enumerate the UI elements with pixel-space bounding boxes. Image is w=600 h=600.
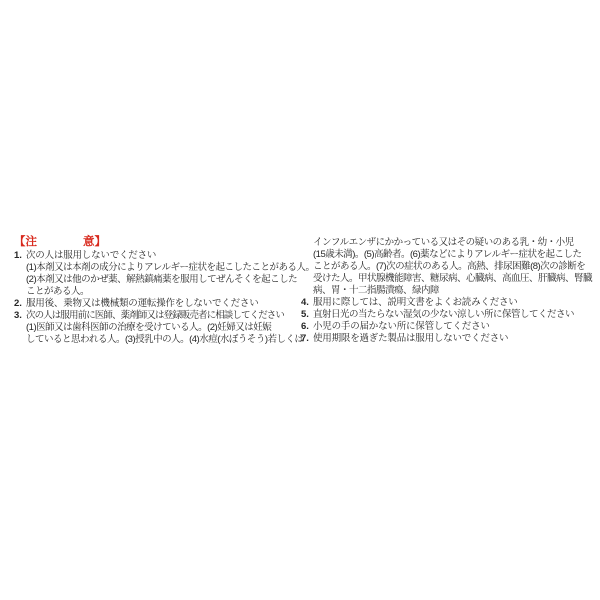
item-2-text: 服用後、乗物又は機械類の運転操作をしないでください [26, 298, 259, 309]
item-6-text: 小児の手の届かない所に保管してください [313, 321, 490, 332]
item-7-number: 7. [301, 333, 313, 345]
caution-heading: 【注 意】 [14, 236, 300, 249]
item-5-number: 5. [301, 309, 313, 321]
item-3-detail-continued: インフルエンザにかかっている又はその疑いのある乳・幼・小児 (15歳未満)。(5… [313, 237, 599, 297]
item-5-text: 直射日光の当たらない湿気の少ない涼しい所に保管してください [313, 309, 574, 320]
caution-item-7: 7.使用期限を過ぎた製品は服用しないでください [301, 333, 599, 345]
caution-right-column: インフルエンザにかかっている又はその疑いのある乳・幼・小児 (15歳未満)。(5… [301, 236, 599, 345]
item-7-text: 使用期限を過ぎた製品は服用しないでください [313, 333, 508, 344]
item-4-text: 服用に際しては、説明文書をよくお読みください [313, 297, 518, 308]
item-3-text: 次の人は服用前に医師、薬剤師又は登録販売者に相談してください [26, 310, 284, 321]
caution-item-4: 4.服用に際しては、説明文書をよくお読みください [301, 297, 599, 309]
item-4-number: 4. [301, 297, 313, 309]
medication-caution-label: 【注 意】 1.次の人は服用しないでください (1)本剤又は本剤の成分によりアレ… [0, 0, 600, 600]
caution-item-3: 3.次の人は服用前に医師、薬剤師又は登録販売者に相談してください (1)医師又は… [14, 310, 300, 346]
caution-item-6: 6.小児の手の届かない所に保管してください [301, 321, 599, 333]
caution-item-2: 2.服用後、乗物又は機械類の運転操作をしないでください [14, 298, 300, 310]
item-1-text: 次の人は服用しないでください [26, 250, 156, 261]
item-6-number: 6. [301, 321, 313, 333]
item-3-detail: (1)医師又は歯科医師の治療を受けている人。(2)妊婦又は妊娠 していると思われ… [26, 322, 300, 346]
item-2-number: 2. [14, 298, 26, 310]
item-1-detail: (1)本剤又は本剤の成分によりアレルギー症状を起こしたことがある人。 (2)本剤… [26, 262, 300, 298]
caution-item-1: 1.次の人は服用しないでください (1)本剤又は本剤の成分によりアレルギー症状を… [14, 250, 300, 298]
item-1-number: 1. [14, 250, 26, 262]
caution-left-column: 【注 意】 1.次の人は服用しないでください (1)本剤又は本剤の成分によりアレ… [14, 236, 300, 346]
item-3-number: 3. [14, 310, 26, 322]
caution-item-5: 5.直射日光の当たらない湿気の少ない涼しい所に保管してください [301, 309, 599, 321]
